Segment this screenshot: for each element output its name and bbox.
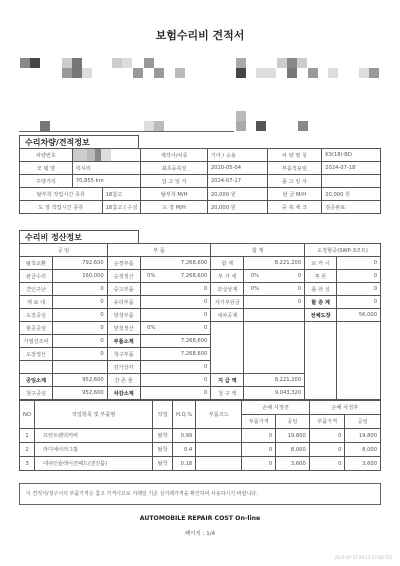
parts-label: 감가상각 xyxy=(107,361,140,374)
label-removal-mh: 탈부착 M/H xyxy=(141,188,208,201)
parts-value: 7,268,600 xyxy=(162,348,211,361)
paint-value: 0 xyxy=(337,270,381,283)
header-work: 작업 xyxy=(153,401,173,429)
total-label: 자기부담금 xyxy=(211,296,244,309)
total-label: 대차공제 xyxy=(211,309,244,322)
plate-value-redacted xyxy=(72,149,141,162)
parts-label: 방청부품 xyxy=(107,309,140,322)
labor-value: 0 xyxy=(52,309,107,322)
header-labor: 공 임 xyxy=(20,244,108,257)
item-code xyxy=(196,429,242,443)
parts-pct xyxy=(140,309,162,322)
parts-value: 0 xyxy=(162,387,211,400)
item-work: 탈착 xyxy=(153,429,173,443)
labor-label: 탈착교환 xyxy=(20,257,53,270)
item-after-part: 0 xyxy=(309,429,345,443)
page-number: 페이지 : 1/4 xyxy=(0,529,400,537)
total-label: 청 구 액 xyxy=(211,387,244,400)
labor-label xyxy=(20,361,53,374)
item-hq: 0.4 xyxy=(173,443,196,457)
value-in-date: 2024-07-17 xyxy=(207,175,267,188)
table-row: 도장공임0방청부품0대차공제전체도장56,000 xyxy=(20,309,381,322)
divider xyxy=(19,131,234,132)
value-first-reg: 2020-05-04 xyxy=(207,162,267,175)
table-row: 도 장 작업시간 종류 18참고 / 수성 도 장 M/H 20,000 원 중… xyxy=(20,201,381,214)
table-row: 재 료 대0유리부품0자기부담금0할 증 계0 xyxy=(20,296,381,309)
parts-value: 7,268,600 xyxy=(162,335,211,348)
labor-value: 792,600 xyxy=(52,257,107,270)
total-value: 0 xyxy=(266,296,305,309)
parts-label: 방청정산 xyxy=(107,322,140,335)
label-paint-mh: 도 장 M/H xyxy=(141,201,208,214)
item-before-labor: 8,000 xyxy=(276,443,310,457)
header-part-code: 부품코드 xyxy=(196,401,242,429)
table-row: 탈착교환792,600순정부품7,268,600합 계8,221,200보 카 … xyxy=(20,257,381,270)
item-before-part: 0 xyxy=(242,429,276,443)
label-parts-date: 부품적용일 xyxy=(267,162,322,175)
labor-value: 160,000 xyxy=(52,270,107,283)
settlement-table: 공 임 부 품 합 계 도장할증(SWP-3코트) 탈착교환792,600순정부… xyxy=(19,243,381,400)
labor-label: 도장공임 xyxy=(20,309,53,322)
item-hq: 0.99 xyxy=(173,429,196,443)
table-row: 차량번호 제작사/차종 기아 / 승용 차 량 명 칭 K3(18)-BD xyxy=(20,149,381,162)
total-value: 0 xyxy=(266,283,305,296)
parts-label: 순정부품 xyxy=(107,257,140,270)
total-label: 부 가 세 xyxy=(211,270,244,283)
label-removal-time-type: 탈부착 작업시간 종류 xyxy=(20,188,103,201)
header-item-name: 작업항목 및 부품명 xyxy=(34,401,152,429)
labor-label: 재 료 대 xyxy=(20,296,53,309)
parts-value: 0 xyxy=(162,309,211,322)
value-paint-time-type: 18참고 / 수성 xyxy=(102,201,141,214)
labor-value: 0 xyxy=(52,322,107,335)
table-row: 주행거리 70,855 km 입 고 일 자 2024-07-17 출 고 일 … xyxy=(20,175,381,188)
parts-value: 0 xyxy=(162,322,211,335)
document-title: 보험수리비 견적서 xyxy=(0,27,400,43)
total-pct xyxy=(244,387,266,400)
label-out-date: 출 고 일 자 xyxy=(267,175,322,188)
labor-label: 할증공임 xyxy=(20,322,53,335)
label-sheet-metal-mh: 판 금 M/H xyxy=(267,188,322,201)
item-before-labor: 19,800 xyxy=(276,429,310,443)
parts-label: 청구부품 xyxy=(107,348,140,361)
parts-label: 유리부품 xyxy=(107,296,140,309)
item-before-part: 0 xyxy=(242,443,276,457)
item-no: 3 xyxy=(20,457,35,471)
item-name: 대쉬인슐레이션패드(엔진룸) xyxy=(34,457,152,471)
item-no: 1 xyxy=(20,429,35,443)
value-paint-mh: 20,000 원 xyxy=(207,201,267,214)
parts-value: 7,268,600 xyxy=(162,257,211,270)
item-code xyxy=(196,443,242,457)
parts-pct xyxy=(140,374,162,387)
paint-blank xyxy=(305,322,337,400)
parts-value: 0 xyxy=(162,296,211,309)
parts-pct xyxy=(140,387,162,400)
parts-value: 0 xyxy=(162,374,211,387)
item-after-part: 0 xyxy=(309,443,345,457)
parts-pct xyxy=(140,335,162,348)
labor-value: 0 xyxy=(52,348,107,361)
label-model: 모 델 명 xyxy=(20,162,73,175)
table-row: 판금수리160,000순정정산0%7,268,600부 가 세0%0투 톤0 xyxy=(20,270,381,283)
labor-label: 가열건조비 xyxy=(20,335,53,348)
labor-value: 952,600 xyxy=(52,387,107,400)
paint-blank xyxy=(337,322,381,400)
label-first-reg: 최초등록일 xyxy=(141,162,208,175)
parts-pct: 0% xyxy=(140,322,162,335)
total-blank xyxy=(244,322,305,374)
parts-label: 순정정산 xyxy=(107,270,140,283)
label-maker: 제작사/차종 xyxy=(141,149,208,162)
parts-pct: 0% xyxy=(140,270,162,283)
total-value: 0 xyxy=(266,270,305,283)
paint-label: 투 톤 xyxy=(305,270,337,283)
paint-label: 보 카 시 xyxy=(305,257,337,270)
item-no: 2 xyxy=(20,443,35,457)
header-before-adjust: 손해 사정전 xyxy=(242,401,309,415)
parts-label: 잔 존 물 xyxy=(107,374,140,387)
value-out-date xyxy=(322,175,381,188)
item-work: 탈착 xyxy=(153,443,173,457)
header-paint-surcharge: 도장할증(SWP-3코트) xyxy=(305,244,381,257)
total-value: 8,221,200 xyxy=(266,257,305,270)
item-after-labor: 8,000 xyxy=(345,443,381,457)
labor-value: 952,600 xyxy=(52,374,107,387)
label-in-date: 입 고 일 자 xyxy=(141,175,208,188)
table-row: 3 대쉬인슐레이션패드(엔진룸) 탈착 0.18 0 3,600 0 3,600 xyxy=(20,457,381,471)
paint-value: 0 xyxy=(337,257,381,270)
paint-value: 0 xyxy=(337,296,381,309)
total-label: 지 급 액 xyxy=(211,374,244,387)
item-work: 탈착 xyxy=(153,457,173,471)
header-after-labor: 공임 xyxy=(345,415,381,429)
parts-pct xyxy=(140,257,162,270)
value-mileage: 70,855 km xyxy=(72,175,141,188)
table-row: 견인구난0중고부품0과실상계0%0플 라 싱0 xyxy=(20,283,381,296)
vehicle-info-section-label: 수리차량/견적정보 xyxy=(19,135,139,148)
table-row: 2 라디에이터그릴 탈착 0.4 0 8,000 0 8,000 xyxy=(20,443,381,457)
header-no: NO xyxy=(20,401,35,429)
label-plate: 차량번호 xyxy=(20,149,73,162)
labor-value: 0 xyxy=(52,335,107,348)
work-items-table: NO 작업항목 및 부품명 작업 H.Q.% 부품코드 손해 사정전 손해 사정… xyxy=(19,400,381,471)
parts-value: 0 xyxy=(162,361,211,374)
total-label: 합 계 xyxy=(211,257,244,270)
item-after-part: 0 xyxy=(309,457,345,471)
header-row: NO 작업항목 및 부품명 작업 H.Q.% 부품코드 손해 사정전 손해 사정… xyxy=(20,401,381,415)
table-row: 탈부착 작업시간 종류 18참고 탈부착 M/H 20,000 원 판 금 M/… xyxy=(20,188,381,201)
total-value: 9,043,320 xyxy=(266,387,305,400)
labor-label: 공임소계 xyxy=(20,374,53,387)
item-name: 프런트펜더커버 xyxy=(34,429,152,443)
labor-value: 0 xyxy=(52,296,107,309)
header-after-part-price: 부품가격 xyxy=(309,415,345,429)
item-after-labor: 3,600 xyxy=(345,457,381,471)
total-pct xyxy=(244,309,266,322)
parts-pct xyxy=(140,296,162,309)
item-before-labor: 3,600 xyxy=(276,457,310,471)
paint-value: 0 xyxy=(337,283,381,296)
total-pct: 0% xyxy=(244,270,266,283)
parts-pct xyxy=(140,348,162,361)
total-pct: 0% xyxy=(244,283,266,296)
value-model: 럭셔리 xyxy=(72,162,141,175)
labor-label: 견인구난 xyxy=(20,283,53,296)
print-timestamp: 2024-07-22 09:13:35 8J1705 xyxy=(334,555,392,560)
paint-label: 전체도장 xyxy=(305,309,337,322)
table-row: 할증공임0방청정산0%0 xyxy=(20,322,381,335)
value-maker: 기아 / 승용 xyxy=(207,149,267,162)
label-paint-time-type: 도 장 작업시간 종류 xyxy=(20,201,103,214)
header-row: 공 임 부 품 합 계 도장할증(SWP-3코트) xyxy=(20,244,381,257)
header-before-part-price: 부품가격 xyxy=(242,415,276,429)
parts-value: 0 xyxy=(162,283,211,296)
total-blank xyxy=(211,322,244,374)
label-duplicate-check: 중 복 체 크 xyxy=(267,201,322,214)
paint-value: 56,000 xyxy=(337,309,381,322)
labor-label: 판금수리 xyxy=(20,270,53,283)
label-model-name: 차 량 명 칭 xyxy=(267,149,322,162)
labor-value xyxy=(52,361,107,374)
item-code xyxy=(196,457,242,471)
item-before-part: 0 xyxy=(242,457,276,471)
paint-label: 플 라 싱 xyxy=(305,283,337,296)
total-pct xyxy=(244,296,266,309)
total-pct xyxy=(244,257,266,270)
parts-value: 7,268,600 xyxy=(162,270,211,283)
table-row: 모 델 명 럭셔리 최초등록일 2020-05-04 부품적용일 2024-07… xyxy=(20,162,381,175)
item-name: 라디에이터그릴 xyxy=(34,443,152,457)
labor-value: 0 xyxy=(52,283,107,296)
value-model-name: K3(18)-BD xyxy=(322,149,381,162)
total-value xyxy=(266,309,305,322)
total-label: 과실상계 xyxy=(211,283,244,296)
paint-label: 할 증 계 xyxy=(305,296,337,309)
header-after-adjust: 손해 사정후 xyxy=(309,401,380,415)
item-after-labor: 19,800 xyxy=(345,429,381,443)
labor-label: 도장정산 xyxy=(20,348,53,361)
vehicle-info-table: 차량번호 제작사/차종 기아 / 승용 차 량 명 칭 K3(18)-BD 모 … xyxy=(19,148,381,214)
item-hq: 0.18 xyxy=(173,457,196,471)
header-before-labor: 공임 xyxy=(276,415,310,429)
parts-pct xyxy=(140,361,162,374)
table-row: 1 프런트펜더커버 탈착 0.99 0 19,800 0 19,800 xyxy=(20,429,381,443)
value-removal-time-type: 18참고 xyxy=(102,188,141,201)
header-total: 합 계 xyxy=(211,244,305,257)
parts-label: 중고부품 xyxy=(107,283,140,296)
total-value: 8,221,200 xyxy=(266,374,305,387)
value-sheet-metal-mh: 20,000 원 xyxy=(322,188,381,201)
parts-label: 차감소계 xyxy=(107,387,140,400)
value-duplicate-check: 검증완료 xyxy=(322,201,381,214)
parts-pct xyxy=(140,283,162,296)
footer-title: AUTOMOBILE REPAIR COST On-line xyxy=(0,515,400,522)
label-mileage: 주행거리 xyxy=(20,175,73,188)
value-removal-mh: 20,000 원 xyxy=(207,188,267,201)
labor-label: 청구공임 xyxy=(20,387,53,400)
value-parts-date: 2024-07-18 xyxy=(322,162,381,175)
settlement-section-label: 수리비 정산정보 xyxy=(19,230,139,243)
header-hq: H.Q.% xyxy=(173,401,196,429)
header-parts: 부 품 xyxy=(107,244,211,257)
total-pct xyxy=(244,374,266,387)
parts-label: 부품소계 xyxy=(107,335,140,348)
notice-box: 이 견적서/청구서의 부품가격은 참고 가격이므로 거래일 기준 실거래가격을 … xyxy=(19,483,381,505)
